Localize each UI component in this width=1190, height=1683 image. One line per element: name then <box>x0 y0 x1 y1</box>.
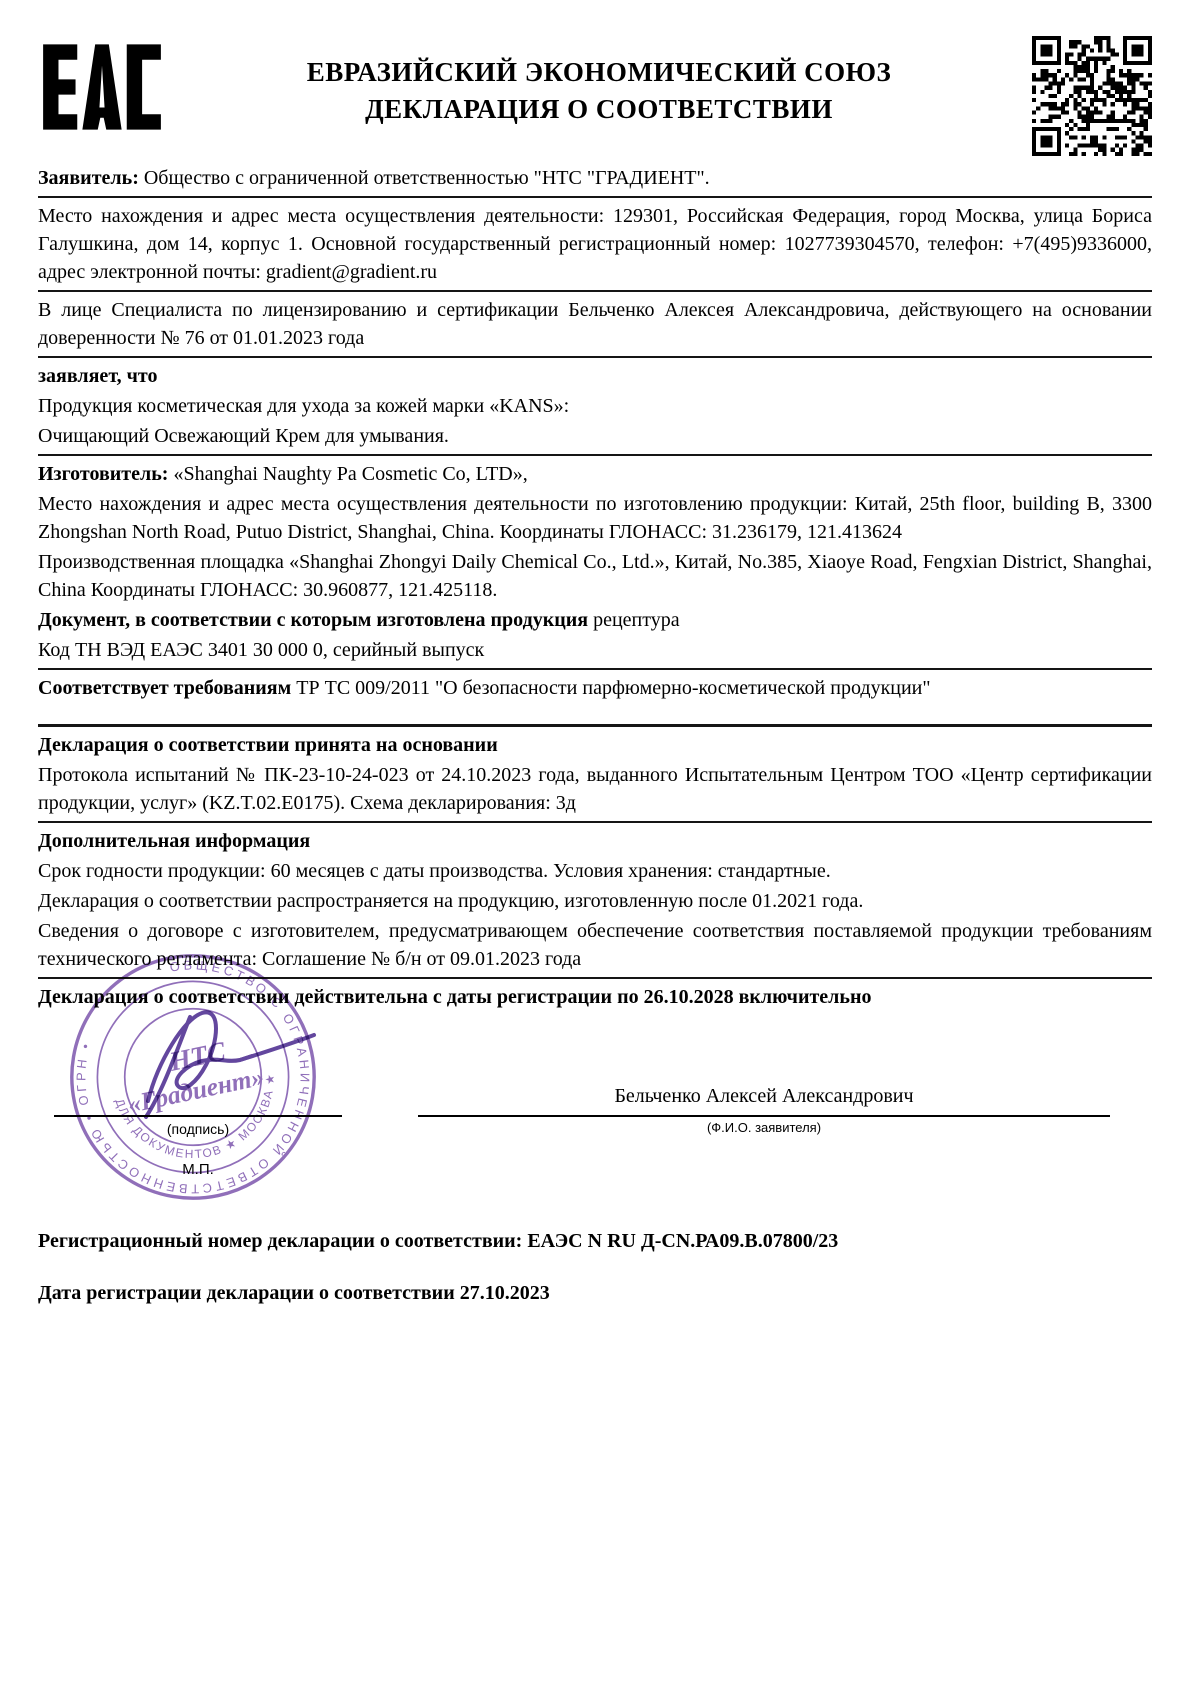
additional-info-line-1: Срок годности продукции: 60 месяцев с да… <box>38 857 1152 885</box>
stamp-place-caption: М.П. <box>54 1161 342 1178</box>
divider <box>38 454 1152 456</box>
basis-text: Протокола испытаний № ПК-23-10-24-023 от… <box>38 761 1152 817</box>
additional-info-line-2: Декларация о соответствии распространяет… <box>38 887 1152 915</box>
production-document-label: Документ, в соответствии с которым изгот… <box>38 609 588 631</box>
divider <box>38 356 1152 358</box>
product-line-2: Очищающий Освежающий Крем для умывания. <box>38 422 1152 450</box>
product-line-1: Продукция косметическая для ухода за кож… <box>38 392 1152 420</box>
title-line-1: ЕВРАЗИЙСКИЙ ЭКОНОМИЧЕСКИЙ СОЮЗ <box>166 54 1032 91</box>
compliance-row: Соответствует требованиям ТР ТС 009/2011… <box>38 674 1152 702</box>
title-line-2: ДЕКЛАРАЦИЯ О СООТВЕТСТВИИ <box>166 91 1032 128</box>
divider <box>38 821 1152 823</box>
qr-code-icon <box>1032 36 1152 156</box>
signatory-name-line <box>418 1115 1110 1117</box>
compliance-value: ТР ТС 009/2011 "О безопасности парфюмерн… <box>291 677 930 699</box>
eac-mark-icon <box>38 34 166 140</box>
divider <box>38 724 1152 727</box>
document-header: ЕВРАЗИЙСКИЙ ЭКОНОМИЧЕСКИЙ СОЮЗ ДЕКЛАРАЦИ… <box>38 0 1152 156</box>
applicant-address: Место нахождения и адрес места осуществл… <box>38 202 1152 286</box>
handwritten-signature <box>126 1003 326 1133</box>
applicant-label: Заявитель: <box>38 167 139 189</box>
declares-label: заявляет, что <box>38 362 1152 390</box>
manufacturer-row: Изготовитель: «Shanghai Naughty Pa Cosme… <box>38 460 1152 488</box>
signatory-name: Бельченко Алексей Александрович <box>418 1085 1110 1108</box>
registration-number-value: ЕАЭС N RU Д-CN.РА09.В.07800/23 <box>522 1230 838 1252</box>
divider <box>38 668 1152 670</box>
registration-number-row: Регистрационный номер декларации о соотв… <box>38 1227 1152 1255</box>
basis-label: Декларация о соответствии принята на осн… <box>38 731 1152 759</box>
manufacturer-address: Место нахождения и адрес места осуществл… <box>38 490 1152 546</box>
signature-block: ОБЩЕСТВО С ОГРАНИЧЕННОЙ ОТВЕТСТВЕННОСТЬЮ… <box>38 1015 1152 1215</box>
production-document-row: Документ, в соответствии с которым изгот… <box>38 606 1152 634</box>
document-title: ЕВРАЗИЙСКИЙ ЭКОНОМИЧЕСКИЙ СОЮЗ ДЕКЛАРАЦИ… <box>166 34 1032 128</box>
compliance-label: Соответствует требованиям <box>38 677 291 699</box>
signatory-name-caption: (Ф.И.О. заявителя) <box>418 1120 1110 1135</box>
declaration-document: ЕВРАЗИЙСКИЙ ЭКОНОМИЧЕСКИЙ СОЮЗ ДЕКЛАРАЦИ… <box>0 0 1190 1683</box>
registration-number-label: Регистрационный номер декларации о соотв… <box>38 1230 522 1252</box>
registration-date-row: Дата регистрации декларации о соответств… <box>38 1279 1152 1307</box>
manufacturer-name: «Shanghai Naughty Pa Cosmetic Co, LTD», <box>168 463 527 485</box>
spacer <box>38 704 1152 720</box>
production-site: Производственная площадка «Shanghai Zhon… <box>38 548 1152 604</box>
signature-caption: (подпись) <box>54 1121 342 1137</box>
manufacturer-label: Изготовитель: <box>38 463 168 485</box>
signature-line <box>54 1115 342 1117</box>
production-document-value: рецептура <box>588 609 680 631</box>
applicant-row: Заявитель: Общество с ограниченной ответ… <box>38 164 1152 192</box>
additional-info-label: Дополнительная информация <box>38 827 1152 855</box>
divider <box>38 290 1152 292</box>
applicant-name: Общество с ограниченной ответственностью… <box>139 167 710 189</box>
divider <box>38 196 1152 198</box>
applicant-representative: В лице Специалиста по лицензированию и с… <box>38 296 1152 352</box>
tnved-code-row: Код ТН ВЭД ЕАЭС 3401 30 000 0, серийный … <box>38 636 1152 664</box>
